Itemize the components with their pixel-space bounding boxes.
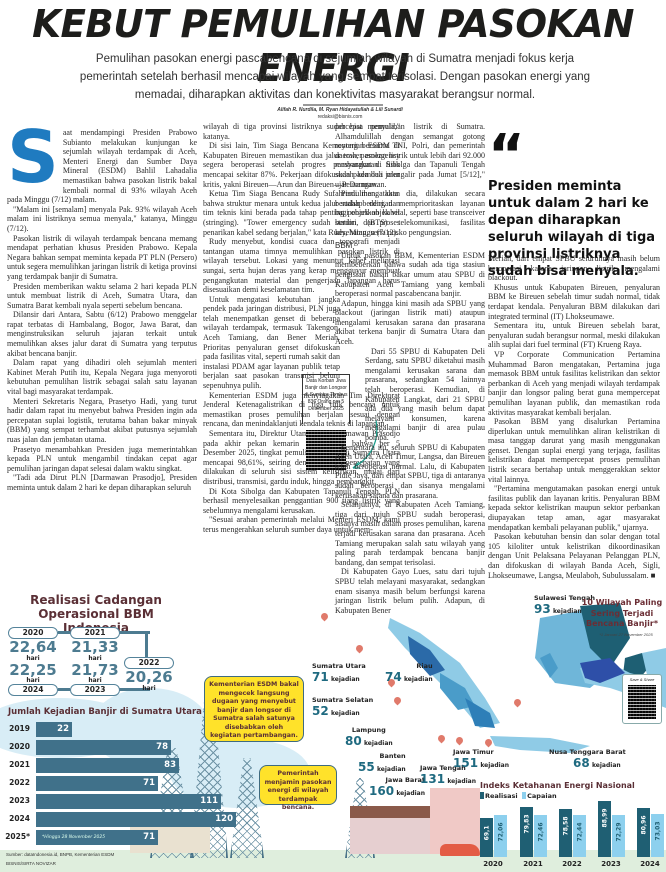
bar-row-2020: 2020 78 bbox=[4, 740, 254, 755]
paragraph: VP Corporate Communication Pertamina Muh… bbox=[488, 350, 660, 417]
bar-realisasi: 78,58 bbox=[559, 809, 572, 857]
source-note: Sumber: dataIndonesia.id, BNPB, Kementer… bbox=[6, 852, 114, 857]
reserve-value-2021: 21,33 bbox=[70, 640, 120, 655]
paragraph: Sementara itu, untuk Bireuen sebelah bar… bbox=[488, 321, 660, 350]
qr-code-icon[interactable] bbox=[628, 685, 656, 719]
energy-index-group-2020: 69,1 72,06 bbox=[480, 802, 510, 857]
energy-index-group-2024: 80,96 73,03 bbox=[637, 802, 666, 857]
x-label-2020: 2020 bbox=[478, 860, 508, 868]
reserve-unit: hari bbox=[124, 685, 174, 692]
paragraph: "Malam ini [semalam] menyala Pak. 93% wi… bbox=[7, 205, 197, 234]
article-column-1: S aat mendampingi Presiden Prabowo Subia… bbox=[7, 128, 197, 493]
paragraph: Selanjutnya, di Kabupaten Aceh Tamiang, … bbox=[335, 500, 485, 567]
reserve-value-2020: 22,64 bbox=[8, 640, 58, 655]
energy-index-group-2021: 79,83 72,46 bbox=[520, 802, 550, 857]
bar-row-2022: 2022 71 bbox=[4, 776, 254, 791]
region-riau: Riau 74 kejadian bbox=[385, 662, 433, 684]
region-jawa-timur: Jawa Timur 151 kejadian bbox=[453, 748, 509, 770]
bar-2025: *Hingga 28 November 2025 71 bbox=[36, 830, 158, 845]
region-ntb: Nusa Tenggara Barat 68 kejadian bbox=[549, 748, 626, 770]
save-share-label: Save & Share bbox=[623, 677, 661, 682]
bar-realisasi: 80,96 bbox=[637, 808, 650, 857]
bar-capaian: 72,44 bbox=[573, 815, 586, 857]
region-sumatra-selatan: Sumatra Selatan 52 kejadian bbox=[312, 696, 373, 718]
bar-2024: 120 bbox=[36, 812, 236, 827]
reserve-unit: hari bbox=[8, 677, 58, 684]
flood-chart-title: Jumlah Kejadian Banjir di Sumatra Utara bbox=[8, 707, 202, 717]
paragraph: Khusus untuk Kabupaten Bireuen, penyalur… bbox=[488, 283, 660, 321]
bar-capaian: 72,06 bbox=[494, 815, 507, 857]
region-banten: Banten 55 kejadian bbox=[358, 752, 406, 774]
bar-2021: 83 bbox=[36, 758, 179, 773]
region-lampung: Lampung 80 kejadian bbox=[345, 726, 393, 748]
bar-row-2023: 2023 111 bbox=[4, 794, 254, 809]
paragraph: Dari 55 SPBU di Kabupaten Deli Serdang, … bbox=[365, 347, 485, 443]
x-label-2022: 2022 bbox=[557, 860, 587, 868]
article-column-4: Meriah, dari empat SPBU seluruhnya masih… bbox=[488, 254, 660, 580]
paragraph: Dilansir dari Antara, Sabtu (6/12) Prabo… bbox=[7, 310, 197, 358]
paragraph: percepat pemulihan listrik di Sumatra. A… bbox=[335, 122, 485, 189]
map-title: 10 Wilayah Paling Sering Terjadi Bencana… bbox=[578, 598, 666, 630]
paragraph: Pasokan listrik di wilayah terdampak ben… bbox=[7, 234, 197, 282]
region-sumatra-utara: Sumatra Utara 71 kejadian bbox=[312, 662, 366, 684]
house-icon bbox=[350, 806, 440, 854]
bar-row-2024: 2024 120 bbox=[4, 812, 254, 827]
reserve-value-2024: 22,25 bbox=[8, 663, 58, 678]
year-pill-2023: 2023 bbox=[70, 684, 120, 696]
paragraph: Pemulihan, kata dia, dilakukan secara be… bbox=[335, 189, 485, 237]
paragraph: Presiden memberikan waktu selama 2 hari … bbox=[7, 282, 197, 311]
paragraph: "Pertamina mengutamakan pasokan energi u… bbox=[488, 484, 660, 532]
reserve-value-2023: 21,73 bbox=[70, 663, 120, 678]
bar-footnote: *Hingga 28 November 2025 bbox=[42, 830, 105, 845]
paragraph: "Tadi ada Dirut PLN [Darmawan Prasodjo],… bbox=[7, 473, 197, 492]
year-pill-2024: 2024 bbox=[8, 684, 58, 696]
byline-email: redaksi@bisnis.com bbox=[240, 114, 440, 120]
paragraph: Meriah, dari empat SPBU seluruhnya masih… bbox=[488, 254, 660, 283]
bar-2023: 111 bbox=[36, 794, 221, 809]
x-label-2021: 2021 bbox=[518, 860, 548, 868]
energy-index-group-2023: 88,99 72,29 bbox=[598, 802, 628, 857]
connector-line bbox=[58, 631, 70, 634]
callout-guarantee: Pemerintah menjamin pasokan energi di wi… bbox=[259, 765, 337, 805]
callout-mining: Kementerian ESDM bakal mengecek langsung… bbox=[204, 676, 304, 742]
region-jawa-barat: Jawa Barat 160 kejadian bbox=[369, 776, 425, 798]
energy-index-title: Indeks Ketahanan Energi Nasional bbox=[480, 781, 635, 790]
car-icon bbox=[440, 844, 480, 856]
reserve-value-2022: 20,26 bbox=[124, 670, 174, 685]
bar-2022: 71 bbox=[36, 776, 158, 791]
paragraph: Dalam rapat yang dihadiri oleh sejumlah … bbox=[7, 358, 197, 396]
bar-row-2025: 2025* *Hingga 28 November 2025 71 bbox=[4, 830, 254, 845]
paragraph: Untuk pasokan BBM, Kementerian ESDM memb… bbox=[335, 251, 485, 299]
x-label-2023: 2023 bbox=[596, 860, 626, 868]
energy-index-group-2022: 78,58 72,44 bbox=[559, 802, 589, 857]
paragraph: Pasokan kebutuhan bensin dan solar denga… bbox=[488, 532, 660, 580]
legend-swatch-capaian bbox=[522, 792, 526, 799]
legend-swatch-realisasi bbox=[480, 792, 484, 799]
paragraph: Pasokan BBM yang disalurkan Pertamina di… bbox=[488, 417, 660, 484]
bar-capaian: 73,03 bbox=[651, 814, 664, 857]
x-label-2024: 2024 bbox=[635, 860, 665, 868]
reserve-unit: hari bbox=[70, 677, 120, 684]
byline: Alifah R. Nurdila, M. Ryan Hidayatullah … bbox=[240, 107, 440, 113]
bar-realisasi: 79,83 bbox=[520, 807, 533, 857]
lead-paragraph: Pemulihan pasokan energi pascabencana di… bbox=[70, 50, 600, 104]
bar-capaian: 72,46 bbox=[534, 815, 547, 857]
paragraph: Adapun, hingga kini masih ada SPBU yang … bbox=[335, 299, 485, 347]
bar-2019: 22 bbox=[36, 722, 72, 737]
save-share-box[interactable]: Save & Share bbox=[622, 674, 662, 724]
map-footnote: *1 Januari-27 November 2025 bbox=[590, 632, 662, 637]
quote-mark-icon: “ bbox=[488, 128, 525, 184]
bar-capaian: 72,29 bbox=[612, 815, 625, 857]
bar-realisasi: 69,1 bbox=[480, 818, 493, 857]
drop-cap: S bbox=[7, 128, 59, 186]
article-column-3: percepat pemulihan listrik di Sumatra. A… bbox=[335, 122, 485, 615]
byline-divider bbox=[303, 104, 383, 106]
connector-line bbox=[58, 688, 70, 691]
paragraph: Menteri Sekretaris Negara, Prasetyo Hadi… bbox=[7, 397, 197, 445]
bar-row-2021: 2021 83 bbox=[4, 758, 254, 773]
section-heading-bbm: BBM bbox=[335, 241, 485, 251]
paragraph: Sementara itu, seluruh SPBU di Kabupaten… bbox=[335, 443, 485, 501]
credit-note: BISNIS/SIRTA NOVIZAR bbox=[6, 861, 56, 866]
paragraph: Prasetyo menambahkan Presiden juga memer… bbox=[7, 445, 197, 474]
energy-index-legend: Realisasi Capaian bbox=[480, 792, 557, 800]
bar-2020: 78 bbox=[36, 740, 171, 755]
bar-realisasi: 88,99 bbox=[598, 801, 611, 857]
